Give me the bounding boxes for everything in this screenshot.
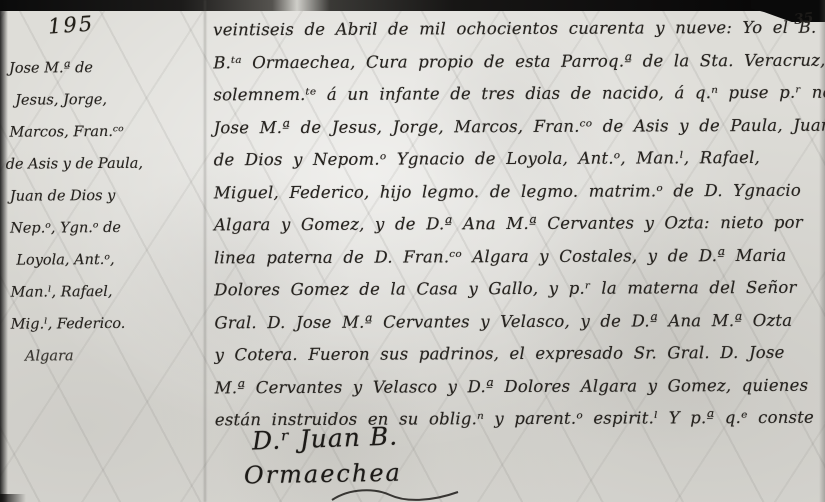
- body-line: Gral. D. Jose M.ª Cervantes y Velasco, y…: [214, 304, 820, 339]
- body-line: veintiseis de Abril de mil ochocientos c…: [213, 12, 819, 47]
- body-line: Jose M.ª de Jesus, Jorge, Marcos, Fran.ᶜ…: [214, 109, 820, 144]
- body-line: linea paterna de D. Fran.ᶜᵒ Algara y Cos…: [214, 239, 820, 274]
- body-line: de Dios y Nepom.ᵒ Ygnacio de Loyola, Ant…: [214, 142, 820, 177]
- body-line: Algara y Gomez, y de D.ª Ana M.ª Cervant…: [214, 207, 820, 242]
- margin-fold-line: [203, 0, 207, 502]
- priest-signature-line-2: Ormaechea: [244, 459, 402, 490]
- body-line: Dolores Gomez de la Casa y Gallo, y p.ʳ …: [214, 272, 820, 307]
- record-body-text: veintiseis de Abril de mil ochocientos c…: [213, 12, 821, 437]
- margin-line: Jose M.ª de: [9, 51, 201, 84]
- body-line: Miguel, Federico, hijo legmo. de legmo. …: [214, 174, 820, 209]
- margin-line: de Asis y de Paula,: [6, 147, 202, 180]
- baptism-record-page: 35 195 Jose M.ª de Jesus, Jorge, Marcos,…: [0, 0, 825, 502]
- margin-name-column: Jose M.ª de Jesus, Jorge, Marcos, Fran.ᶜ…: [9, 51, 203, 372]
- entry-number: 195: [47, 11, 95, 38]
- body-line: B.ᵗᵃ Ormaechea, Cura propio de esta Parr…: [213, 44, 819, 79]
- body-line: M.ª Cervantes y Velasco y D.ª Dolores Al…: [215, 369, 821, 404]
- margin-line: Nep.ᵒ, Ygn.ᵒ de: [10, 211, 202, 244]
- scan-edge-bottom-left: [0, 494, 26, 502]
- priest-signature-line-1: D.ʳ Juan B.: [252, 421, 399, 455]
- signature-rubric-flourish: [330, 486, 470, 502]
- margin-line: Marcos, Fran.ᶜᵒ: [9, 115, 201, 148]
- body-line: y Cotera. Fueron sus padrinos, el expres…: [214, 337, 820, 372]
- scan-edge-top: [0, 0, 825, 11]
- margin-line: Mig.ˡ, Federico.: [11, 307, 203, 340]
- margin-line: Jesus, Jorge,: [15, 83, 201, 116]
- margin-line: Man.ˡ, Rafael,: [10, 275, 202, 308]
- margin-line: Loyola, Ant.ᵒ,: [16, 243, 202, 276]
- margin-line: Juan de Dios y: [10, 179, 202, 212]
- margin-line: Algara: [25, 339, 203, 372]
- body-line: solemnem.ᵗᵉ á un infante de tres dias de…: [213, 77, 819, 112]
- scan-edge-left: [0, 0, 8, 502]
